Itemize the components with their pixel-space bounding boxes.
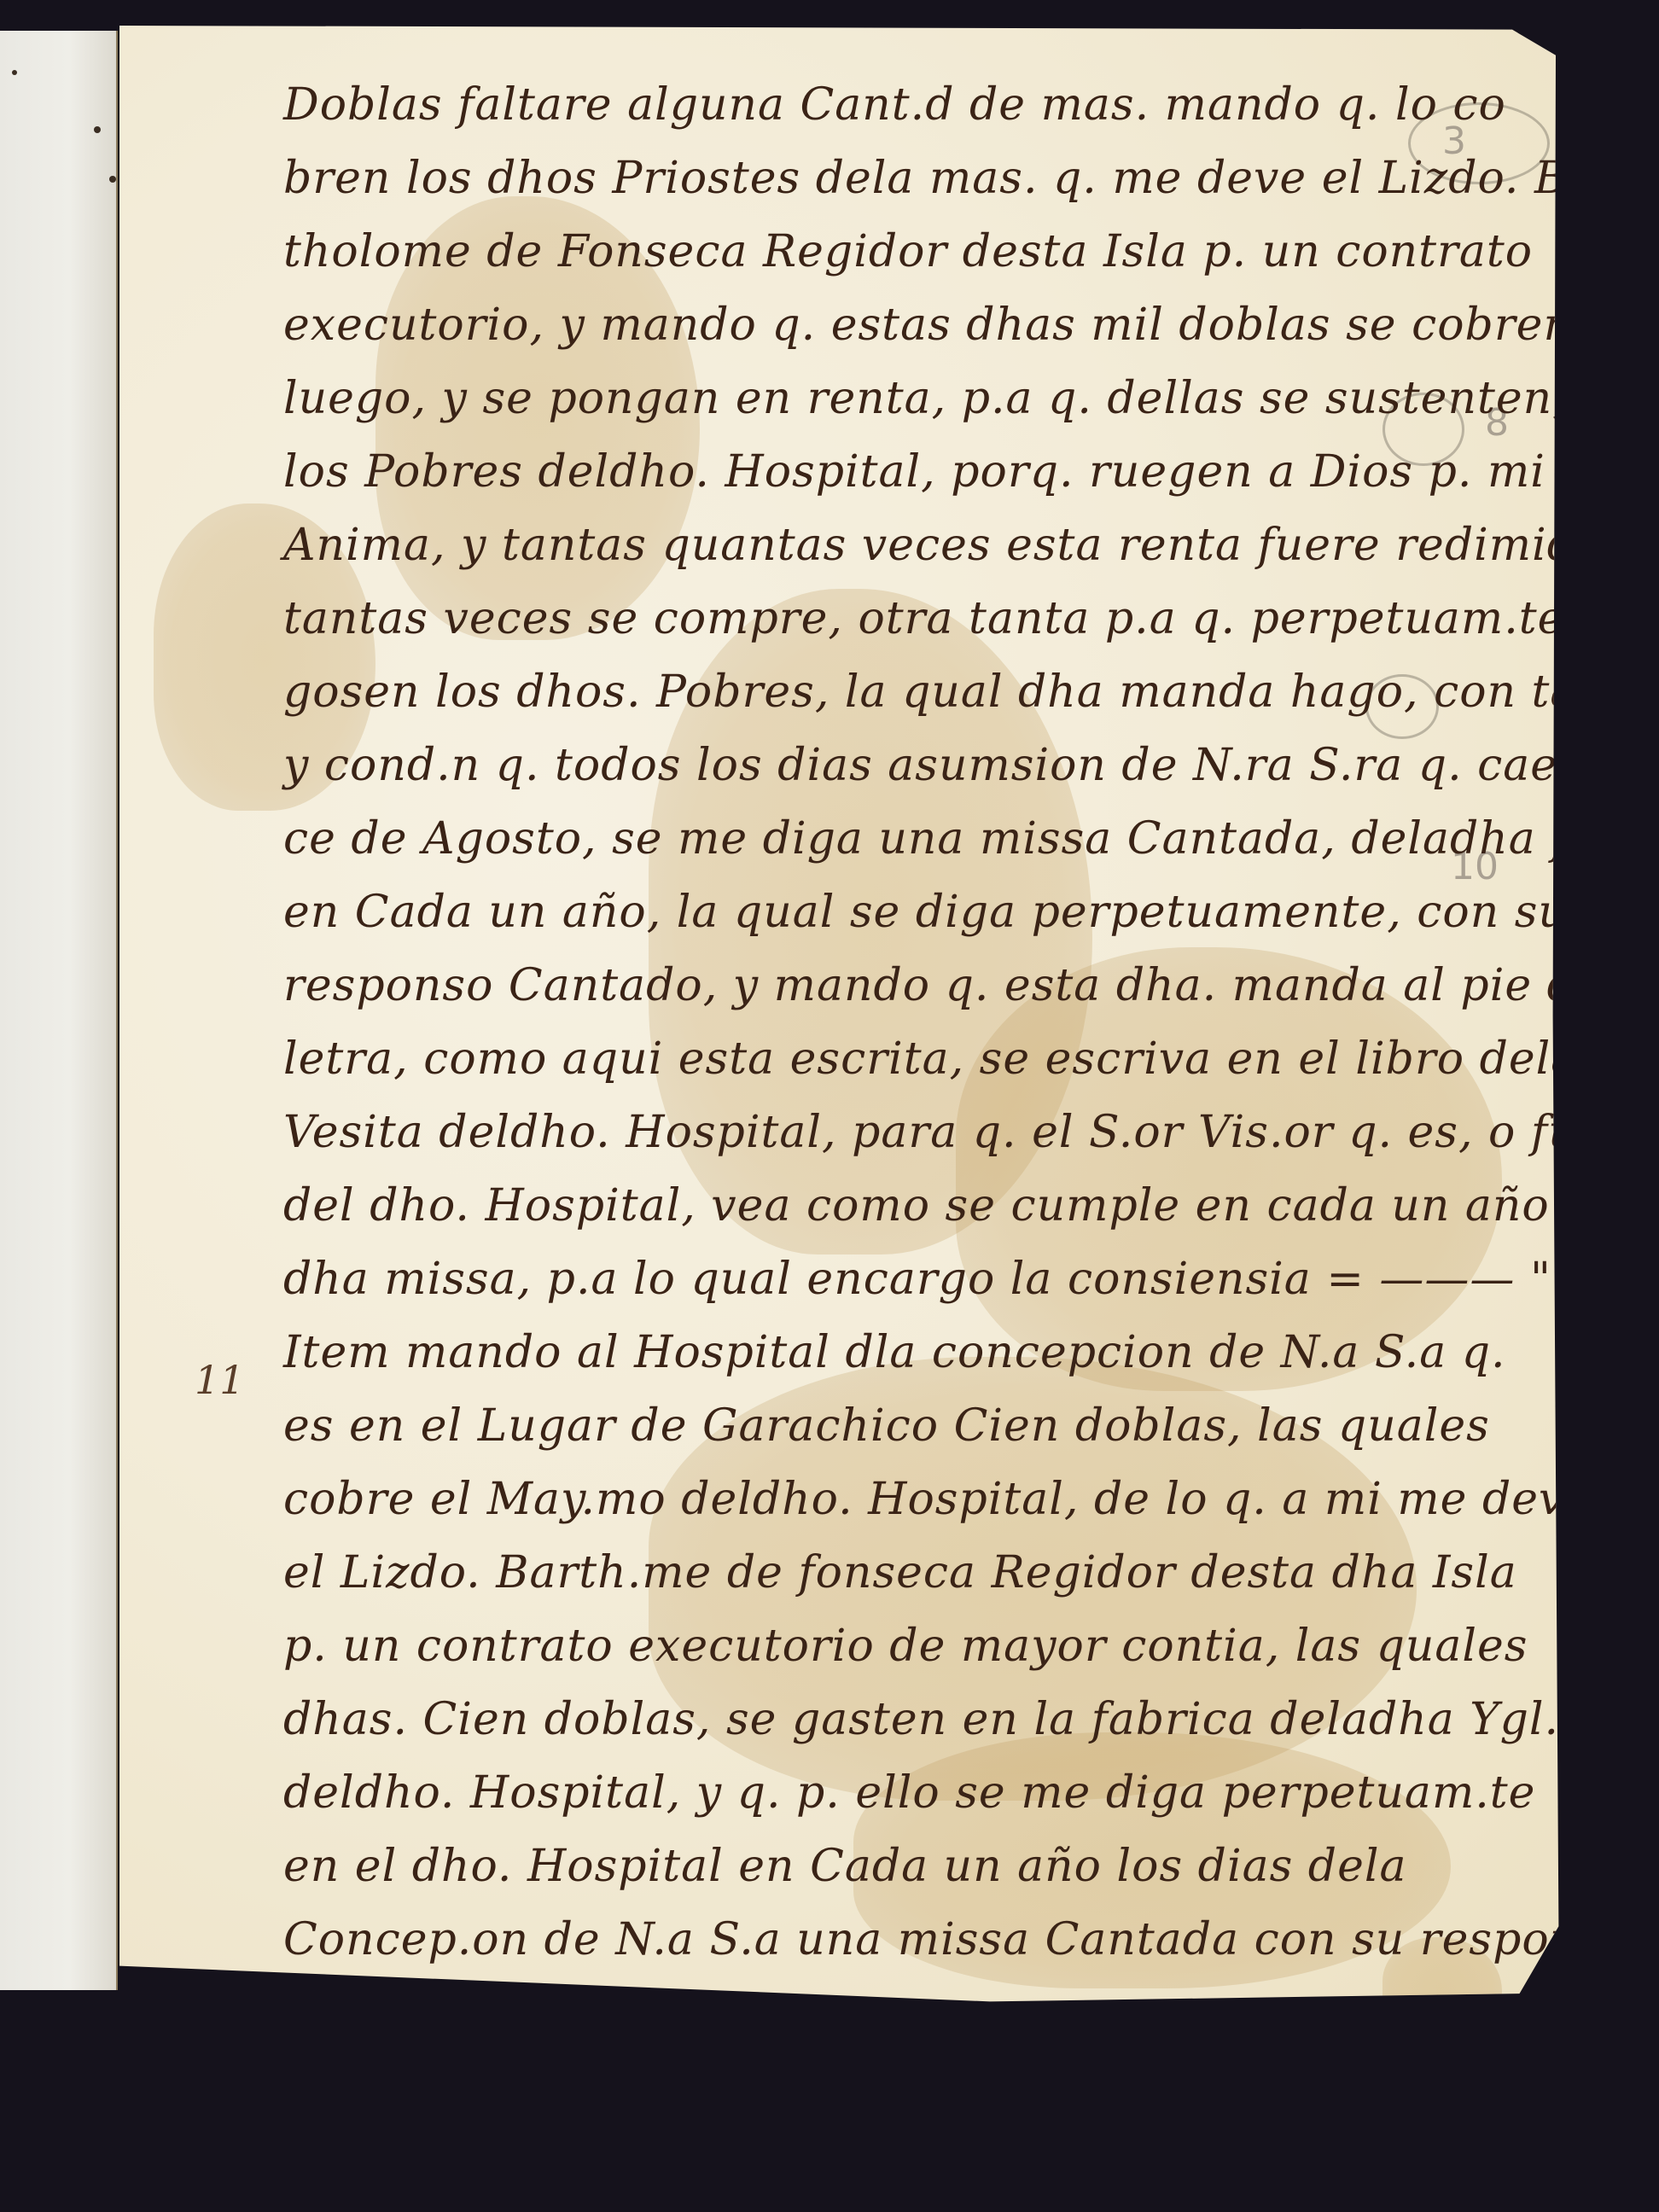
text-line: executorio, y mando q. estas dhas mil do… <box>283 288 1529 362</box>
text-line: cobre el May.mo deldho. Hospital, de lo … <box>283 1463 1529 1536</box>
text-line: letra, como aqui esta escrita, se escriv… <box>283 1022 1529 1096</box>
text-line: bren los dhos Priostes dela mas. q. me d… <box>283 142 1529 215</box>
margin-number: 11 <box>1511 1988 1558 2005</box>
text-line: luego, y se pongan en renta, p.a q. dell… <box>283 362 1529 435</box>
paragraph-margin-mark: 11 <box>195 1357 245 1403</box>
text-line: p. un contrato executorio de mayor conti… <box>283 1610 1529 1683</box>
text-line: ce de Agosto, se me diga una missa Canta… <box>283 802 1529 876</box>
text-line: tholome de Fonseca Regidor desta Isla p.… <box>283 215 1529 288</box>
text-line: es en el Lugar de Garachico Cien doblas,… <box>283 1389 1529 1463</box>
text-line: Anima, y tantas quantas veces esta renta… <box>283 509 1529 582</box>
text-line: Concep.on de N.a S.a una missa Cantada c… <box>283 1903 1529 1976</box>
text-line: en el dho. Hospital en Cada un año los d… <box>283 1830 1529 1903</box>
text-line: los Pobres deldho. Hospital, porq. ruege… <box>283 435 1529 509</box>
text-line: gosen los dhos. Pobres, la qual dha mand… <box>283 655 1529 729</box>
text-line: del dho. Hospital, vea como se cumple en… <box>283 1169 1529 1243</box>
ink-spot <box>94 126 101 133</box>
text-line: el Lizdo. Barth.me de fonseca Regidor de… <box>283 1536 1529 1610</box>
text-line: y cond.n q. todos los dias asumsion de N… <box>283 729 1529 802</box>
text-line: dhas. Cien doblas, se gasten en la fabri… <box>283 1683 1529 1756</box>
text-line: Vesita deldho. Hospital, para q. el S.or… <box>283 1096 1529 1169</box>
facing-page-edge <box>0 31 118 1990</box>
text-line: responso Cantado, y mando q. esta dha. m… <box>283 949 1529 1022</box>
manuscript-text: Doblas faltare alguna Cant.d de mas. man… <box>283 68 1529 1976</box>
text-line: en Cada un año, la qual se diga perpetua… <box>283 876 1529 949</box>
text-line: dha missa, p.a lo qual encargo la consie… <box>283 1243 1529 1316</box>
ink-spot <box>109 176 116 183</box>
manuscript-page: 3 8 10 11 11 Doblas faltare alguna Cant.… <box>119 26 1570 2005</box>
text-line: deldho. Hospital, y q. p. ello se me dig… <box>283 1756 1529 1830</box>
text-line-item-start: Item mando al Hospital dla concepcion de… <box>283 1316 1529 1389</box>
ink-spot <box>12 70 17 75</box>
text-line: Doblas faltare alguna Cant.d de mas. man… <box>283 68 1529 142</box>
text-line: tantas veces se compre, otra tanta p.a q… <box>283 582 1529 655</box>
